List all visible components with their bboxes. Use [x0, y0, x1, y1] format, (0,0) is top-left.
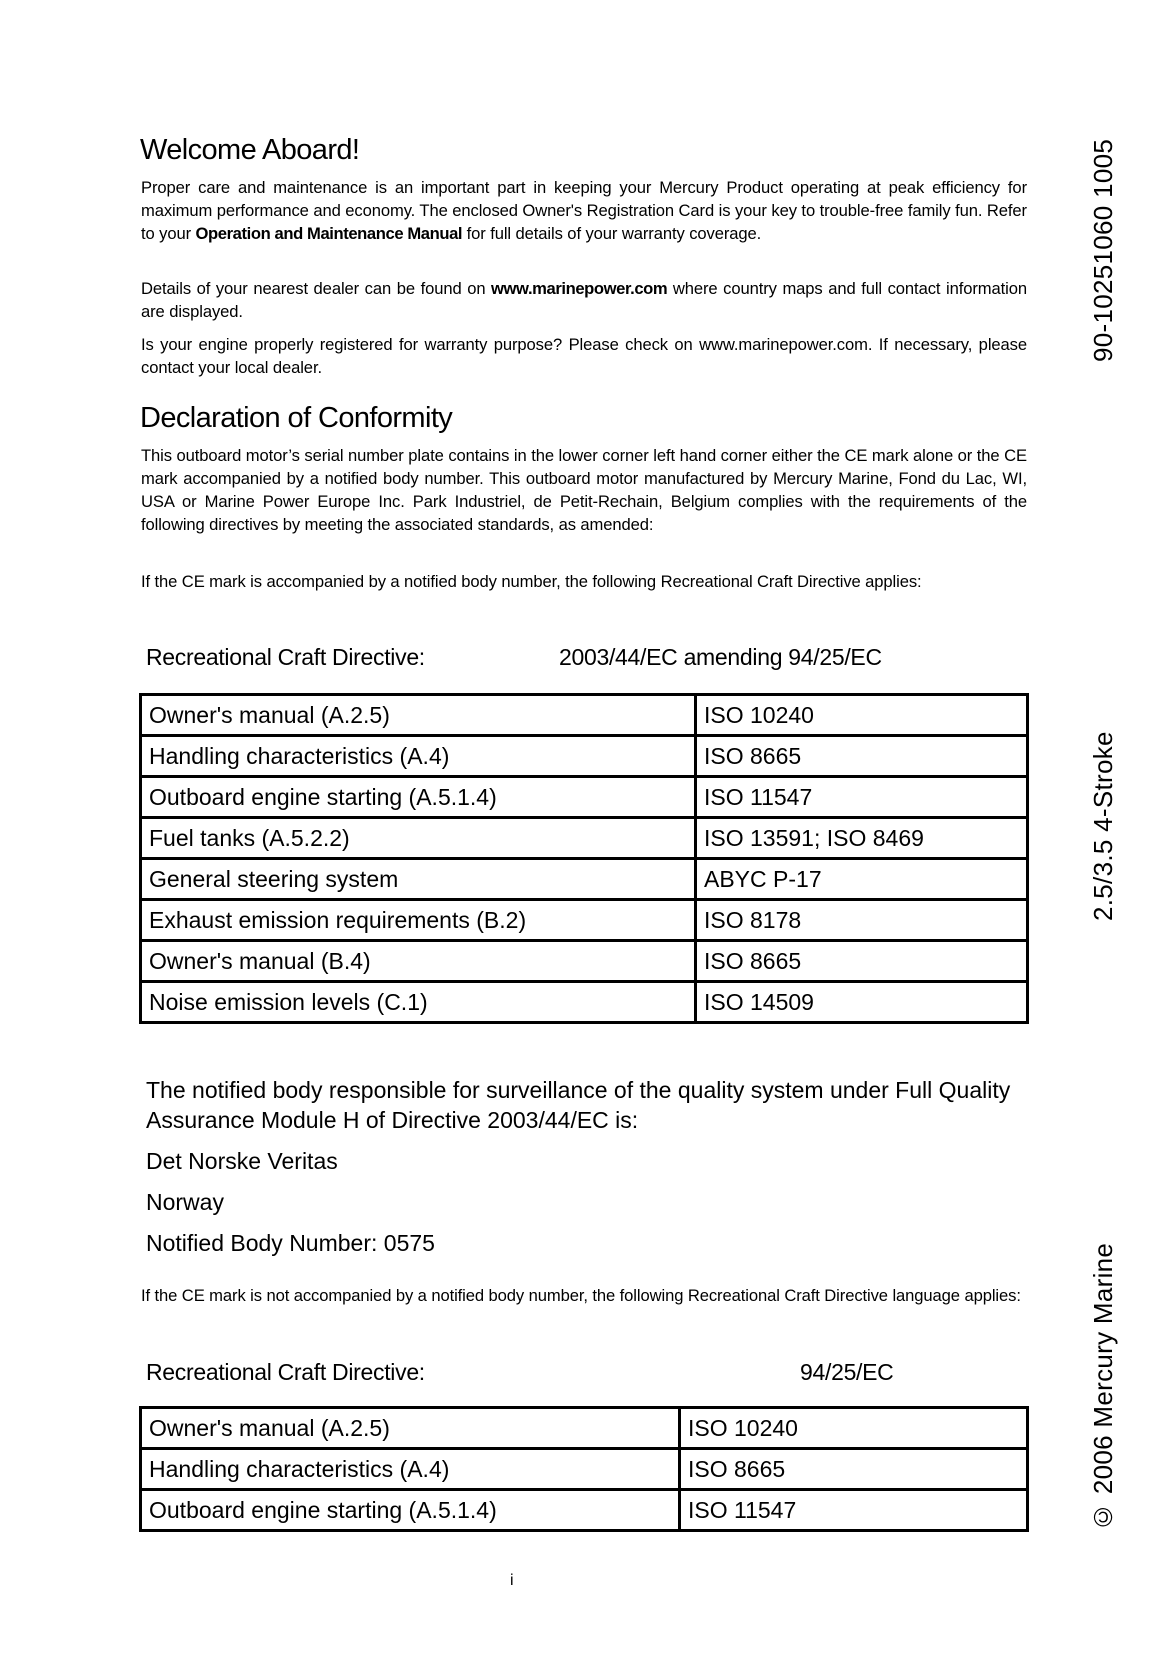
manual-reference: Operation and Maintenance Manual — [196, 224, 463, 243]
notified-body-country: Norway — [146, 1187, 224, 1217]
standard-cell: ISO 11547 — [680, 1490, 1028, 1531]
table-row: Owner's manual (A.2.5)ISO 10240 — [141, 695, 1028, 736]
standard-cell: ISO 8665 — [696, 736, 1028, 777]
table-row: Handling characteristics (A.4)ISO 8665 — [141, 736, 1028, 777]
declaration-paragraph-2: If the CE mark is accompanied by a notif… — [141, 570, 1027, 593]
table-row: Owner's manual (B.4)ISO 8665 — [141, 941, 1028, 982]
standard-cell: ABYC P-17 — [696, 859, 1028, 900]
model-label: 2.5/3.5 4-Stroke — [1088, 683, 1119, 921]
table-row: Fuel tanks (A.5.2.2)ISO 13591; ISO 8469 — [141, 818, 1028, 859]
standard-cell: ISO 10240 — [680, 1408, 1028, 1449]
directive-1-value: 2003/44/EC amending 94/25/EC — [559, 643, 882, 671]
requirement-cell: Owner's manual (A.2.5) — [141, 695, 696, 736]
requirement-cell: Owner's manual (A.2.5) — [141, 1408, 680, 1449]
requirement-cell: Exhaust emission requirements (B.2) — [141, 900, 696, 941]
directive-2-value: 94/25/EC — [800, 1358, 894, 1386]
standards-table-1: Owner's manual (A.2.5)ISO 10240Handling … — [139, 693, 1029, 1024]
standard-cell: ISO 14509 — [696, 982, 1028, 1023]
copyright-label: © 2006 Mercury Marine — [1088, 1242, 1119, 1532]
welcome-heading: Welcome Aboard! — [140, 133, 359, 167]
table-row: General steering systemABYC P-17 — [141, 859, 1028, 900]
table-row: Outboard engine starting (A.5.1.4)ISO 11… — [141, 777, 1028, 818]
requirement-cell: Outboard engine starting (A.5.1.4) — [141, 777, 696, 818]
directive-2-label: Recreational Craft Directive: — [146, 1358, 425, 1386]
standard-cell: ISO 10240 — [696, 695, 1028, 736]
standard-cell: ISO 8178 — [696, 900, 1028, 941]
table-row: Noise emission levels (C.1)ISO 14509 — [141, 982, 1028, 1023]
requirement-cell: Noise emission levels (C.1) — [141, 982, 696, 1023]
directive-1-label: Recreational Craft Directive: — [146, 643, 425, 671]
declaration-heading: Declaration of Conformity — [140, 401, 452, 435]
standard-cell: ISO 8665 — [696, 941, 1028, 982]
table-row: Exhaust emission requirements (B.2)ISO 8… — [141, 900, 1028, 941]
standards-table-2: Owner's manual (A.2.5)ISO 10240Handling … — [139, 1406, 1029, 1532]
requirement-cell: Outboard engine starting (A.5.1.4) — [141, 1490, 680, 1531]
standard-cell: ISO 11547 — [696, 777, 1028, 818]
declaration-paragraph-1: This outboard motor’s serial number plat… — [141, 444, 1027, 536]
marinepower-link[interactable]: www.marinepower.com — [491, 279, 667, 298]
welcome-paragraph-1: Proper care and maintenance is an import… — [141, 176, 1027, 245]
requirement-cell: Handling characteristics (A.4) — [141, 1449, 680, 1490]
standard-cell: ISO 13591; ISO 8469 — [696, 818, 1028, 859]
welcome-paragraph-3: Is your engine properly registered for w… — [141, 333, 1027, 379]
welcome-p1-text-b: for full details of your warranty covera… — [462, 224, 761, 243]
requirement-cell: Owner's manual (B.4) — [141, 941, 696, 982]
requirement-cell: General steering system — [141, 859, 696, 900]
welcome-paragraph-2: Details of your nearest dealer can be fo… — [141, 277, 1027, 323]
requirement-cell: Handling characteristics (A.4) — [141, 736, 696, 777]
page-number: i — [510, 1572, 514, 1590]
table-row: Handling characteristics (A.4)ISO 8665 — [141, 1449, 1028, 1490]
notified-body-paragraph: The notified body responsible for survei… — [146, 1075, 1026, 1135]
notified-body-name: Det Norske Veritas — [146, 1146, 338, 1176]
standard-cell: ISO 8665 — [680, 1449, 1028, 1490]
declaration-paragraph-3: If the CE mark is not accompanied by a n… — [141, 1284, 1027, 1307]
part-number-label: 90-10251060 1005 — [1088, 120, 1119, 362]
table-row: Outboard engine starting (A.5.1.4)ISO 11… — [141, 1490, 1028, 1531]
welcome-p2-text-a: Details of your nearest dealer can be fo… — [141, 279, 491, 298]
table-row: Owner's manual (A.2.5)ISO 10240 — [141, 1408, 1028, 1449]
notified-body-number: Notified Body Number: 0575 — [146, 1228, 435, 1258]
requirement-cell: Fuel tanks (A.5.2.2) — [141, 818, 696, 859]
